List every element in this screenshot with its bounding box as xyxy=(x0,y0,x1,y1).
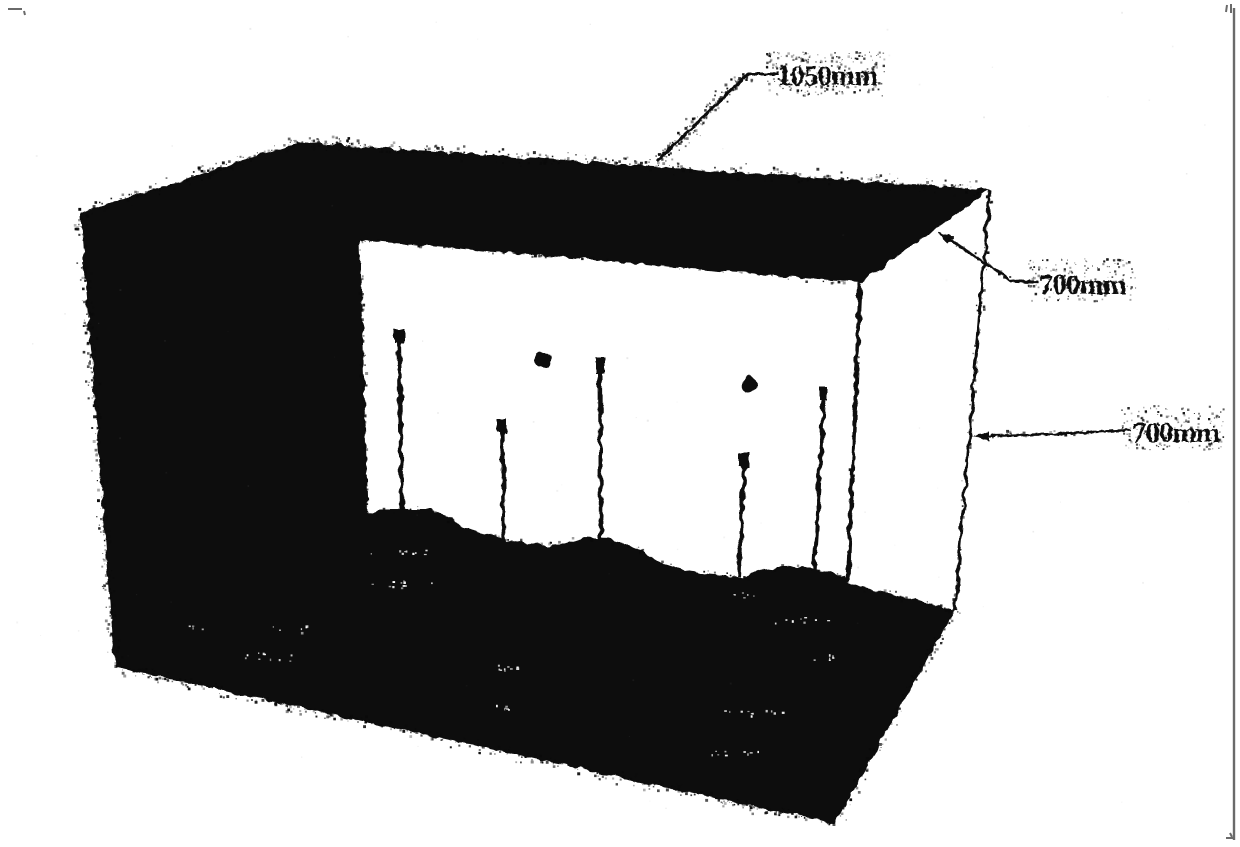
noise-speck xyxy=(848,81,849,82)
noise-speck xyxy=(202,165,204,167)
noise-speck xyxy=(1144,448,1146,450)
noise-speck xyxy=(112,632,114,634)
noise-speck xyxy=(962,516,965,519)
noise-speck xyxy=(851,58,852,59)
noise-speck xyxy=(1102,299,1104,301)
noise-speck xyxy=(944,608,946,610)
noise-speck xyxy=(951,612,953,614)
noise-speck xyxy=(1123,289,1125,291)
noise-speck xyxy=(262,153,263,154)
noise-speck xyxy=(901,711,902,712)
noise-speck xyxy=(109,606,111,608)
noise-speck xyxy=(767,55,768,56)
noise-speck xyxy=(1061,259,1062,260)
noise-speck xyxy=(755,174,757,176)
noise-speck xyxy=(954,195,956,197)
noise-speck xyxy=(508,154,510,156)
noise-speck xyxy=(714,167,716,169)
noise-speck xyxy=(1185,434,1187,436)
noise-speck xyxy=(710,111,712,113)
noise-speck xyxy=(1044,277,1045,278)
noise-speck xyxy=(680,143,682,145)
noise-speck-white xyxy=(815,619,817,621)
noise-speck xyxy=(381,148,383,150)
noise-speck xyxy=(859,322,860,323)
noise-speck xyxy=(811,570,812,571)
noise-speck-white xyxy=(510,668,513,670)
noise-speck xyxy=(327,143,328,144)
noise-speck xyxy=(730,78,732,80)
noise-speck xyxy=(365,721,368,724)
noise-speck xyxy=(1051,288,1053,290)
noise-speck xyxy=(88,312,91,315)
noise-speck xyxy=(102,501,104,503)
noise-speck xyxy=(931,657,934,660)
noise-speck xyxy=(806,815,807,816)
noise-speck xyxy=(1219,431,1221,433)
noise-speck xyxy=(809,87,810,88)
noise-speck xyxy=(121,198,122,199)
noise-speck xyxy=(831,57,834,60)
noise-speck xyxy=(848,550,849,551)
noise-speck xyxy=(313,710,315,712)
noise-speck xyxy=(1139,445,1140,446)
noise-speck xyxy=(902,694,904,696)
noise-speck xyxy=(217,686,218,687)
noise-speck xyxy=(969,253,970,254)
noise-speck xyxy=(1185,419,1186,420)
noise-speck xyxy=(869,52,870,53)
noise-speck xyxy=(627,545,630,548)
noise-speck xyxy=(714,572,716,574)
noise-speck xyxy=(92,372,93,373)
noise-speck xyxy=(857,290,859,292)
noise-speck xyxy=(872,88,875,91)
noise-speck xyxy=(836,61,838,63)
noise-speck xyxy=(741,272,743,274)
noise-speck xyxy=(407,731,408,732)
noise-speck xyxy=(1204,124,1205,125)
noise-speck xyxy=(798,181,801,184)
noise-speck xyxy=(597,159,598,160)
noise-speck xyxy=(531,759,532,760)
noise-speck xyxy=(607,259,609,261)
noise-speck xyxy=(118,663,120,665)
noise-speck xyxy=(478,752,480,754)
noise-speck xyxy=(850,538,852,540)
noise-speck xyxy=(955,185,956,186)
noise-speck xyxy=(140,194,143,197)
noise-speck xyxy=(361,309,364,312)
noise-speck xyxy=(799,173,802,176)
noise-speck xyxy=(86,215,89,218)
noise-speck xyxy=(1191,441,1192,442)
noise-speck xyxy=(1123,284,1125,286)
noise-speck xyxy=(359,375,362,378)
probe-stem-line xyxy=(600,370,601,540)
noise-speck xyxy=(862,71,864,73)
noise-speck xyxy=(220,696,222,698)
noise-speck xyxy=(900,600,903,603)
noise-speck xyxy=(948,238,950,240)
noise-speck xyxy=(288,138,291,141)
noise-speck xyxy=(111,617,113,619)
noise-speck xyxy=(434,153,437,156)
noise-speck xyxy=(797,89,800,92)
noise-speck xyxy=(92,377,94,379)
noise-speck xyxy=(815,86,817,88)
noise-speck xyxy=(155,678,158,681)
noise-speck xyxy=(365,475,367,477)
noise-speck xyxy=(144,674,145,675)
noise-speck xyxy=(364,421,367,424)
noise-speck xyxy=(853,91,855,93)
noise-speck xyxy=(203,169,205,171)
noise-speck xyxy=(814,66,816,68)
noise-speck xyxy=(1049,274,1050,275)
noise-speck xyxy=(365,448,368,451)
noise-speck xyxy=(809,70,811,72)
noise-speck xyxy=(97,439,99,441)
noise-speck xyxy=(170,601,172,603)
noise-speck xyxy=(764,181,765,182)
noise-speck xyxy=(162,678,164,680)
noise-speck xyxy=(679,134,681,136)
noise-speck xyxy=(108,540,111,543)
noise-speck xyxy=(612,778,614,780)
noise-speck xyxy=(702,122,704,124)
noise-speck xyxy=(107,571,108,572)
noise-speck xyxy=(775,814,777,816)
noise-speck xyxy=(879,52,881,54)
noise-speck xyxy=(1061,258,1062,259)
noise-speck xyxy=(818,570,820,572)
noise-speck xyxy=(1116,291,1119,294)
noise-speck xyxy=(1187,409,1189,411)
noise-speck xyxy=(873,71,874,72)
noise-speck xyxy=(936,639,937,640)
noise-speck xyxy=(842,91,843,92)
noise-speck xyxy=(547,758,548,759)
noise-speck xyxy=(359,249,360,250)
noise-speck xyxy=(835,92,837,94)
noise-speck xyxy=(703,118,705,120)
noise-speck xyxy=(363,355,365,357)
noise-speck xyxy=(964,508,966,510)
noise-speck xyxy=(786,72,787,73)
noise-speck xyxy=(795,70,796,71)
noise-speck xyxy=(1023,432,1026,435)
noise-speck xyxy=(598,776,599,777)
noise-speck xyxy=(460,159,461,160)
noise-speck xyxy=(768,83,771,86)
noise-speck xyxy=(823,68,824,69)
noise-speck xyxy=(136,194,138,196)
noise-speck xyxy=(1144,433,1145,434)
noise-speck xyxy=(833,71,835,73)
noise-speck xyxy=(157,681,159,683)
noise-speck xyxy=(1064,434,1067,437)
noise-speck xyxy=(367,512,369,514)
noise-speck xyxy=(698,268,701,271)
noise-speck xyxy=(85,300,88,303)
noise-speck xyxy=(1122,425,1124,427)
noise-speck xyxy=(1121,802,1122,803)
noise-speck xyxy=(1189,418,1190,419)
noise-speck xyxy=(1085,260,1086,261)
noise-speck xyxy=(688,132,691,135)
noise-speck xyxy=(380,724,382,726)
noise-speck xyxy=(1070,431,1072,433)
noise-speck xyxy=(82,277,84,279)
noise-speck xyxy=(856,58,858,60)
noise-speck xyxy=(862,183,865,186)
noise-speck xyxy=(482,746,485,749)
noise-speck xyxy=(847,561,849,563)
noise-speck xyxy=(805,85,807,87)
noise-speck xyxy=(879,750,880,751)
noise-speck xyxy=(122,672,125,675)
noise-speck xyxy=(884,189,885,190)
noise-speck xyxy=(1089,292,1091,294)
noise-speck xyxy=(127,199,130,202)
noise-speck xyxy=(203,688,205,690)
noise-speck xyxy=(495,535,497,537)
noise-speck xyxy=(1121,409,1123,411)
noise-speck xyxy=(869,748,871,750)
noise-speck xyxy=(637,548,638,549)
noise-speck xyxy=(364,424,366,426)
noise-speck xyxy=(957,572,959,574)
noise-speck xyxy=(215,683,217,685)
noise-speck xyxy=(294,140,297,143)
noise-speck-white xyxy=(771,710,773,712)
noise-speck xyxy=(837,75,838,76)
noise-speck xyxy=(299,710,301,712)
noise-speck xyxy=(1153,405,1155,407)
noise-speck xyxy=(211,173,214,176)
noise-speck xyxy=(776,71,778,73)
noise-speck xyxy=(477,740,478,741)
noise-speck xyxy=(441,146,443,148)
noise-speck xyxy=(362,242,364,244)
noise-speck xyxy=(1185,421,1187,423)
noise-speck xyxy=(776,814,777,815)
noise-speck xyxy=(502,162,504,164)
noise-speck xyxy=(81,223,82,224)
noise-speck xyxy=(313,147,316,150)
noise-speck xyxy=(1156,408,1157,409)
noise-speck xyxy=(857,416,858,417)
noise-speck xyxy=(921,667,922,668)
noise-speck xyxy=(948,621,949,622)
noise-speck xyxy=(840,183,841,184)
noise-speck xyxy=(840,81,842,83)
noise-speck xyxy=(975,360,977,362)
noise-speck xyxy=(82,288,85,291)
noise-speck xyxy=(1093,286,1095,288)
noise-speck xyxy=(871,56,872,57)
noise-speck xyxy=(772,64,775,67)
noise-speck-white xyxy=(747,594,748,596)
noise-speck xyxy=(1211,438,1212,439)
noise-speck xyxy=(752,813,755,816)
noise-speck xyxy=(383,508,386,511)
noise-speck xyxy=(889,173,890,174)
noise-speck xyxy=(75,228,78,231)
noise-speck xyxy=(771,274,772,275)
noise-speck xyxy=(571,160,574,163)
noise-speck xyxy=(1187,421,1189,423)
noise-speck xyxy=(940,604,943,607)
noise-speck xyxy=(845,800,846,801)
noise-speck xyxy=(937,488,938,489)
noise-speck xyxy=(103,588,105,590)
noise-speck xyxy=(974,367,977,370)
noise-speck xyxy=(111,570,112,571)
noise-speck xyxy=(152,669,154,671)
noise-speck xyxy=(98,411,99,412)
noise-speck xyxy=(874,63,876,65)
noise-speck xyxy=(122,670,123,671)
noise-speck xyxy=(779,85,781,87)
noise-speck xyxy=(326,150,327,151)
noise-speck xyxy=(94,394,95,395)
noise-speck xyxy=(188,688,191,691)
noise-speck xyxy=(361,323,363,325)
noise-speck xyxy=(1192,447,1193,448)
noise-speck xyxy=(805,52,807,54)
noise-speck xyxy=(740,167,743,170)
noise-speck xyxy=(1130,277,1132,279)
noise-speck xyxy=(681,141,683,143)
noise-speck xyxy=(113,590,115,592)
noise-speck xyxy=(700,791,703,794)
noise-speck xyxy=(1133,426,1136,429)
noise-speck xyxy=(410,509,411,510)
noise-speck xyxy=(1084,265,1086,267)
noise-speck xyxy=(841,813,844,816)
noise-speck xyxy=(781,65,783,67)
noise-speck xyxy=(505,539,507,541)
noise-speck xyxy=(1117,263,1119,265)
noise-speck xyxy=(1067,287,1069,289)
noise-speck xyxy=(164,678,166,680)
noise-speck xyxy=(953,186,955,188)
noise-speck xyxy=(974,379,977,382)
noise-speck xyxy=(629,163,631,165)
noise-speck-white xyxy=(263,653,265,655)
noise-speck xyxy=(297,141,299,143)
noise-speck xyxy=(485,744,487,746)
noise-speck xyxy=(878,82,880,84)
noise-speck xyxy=(1216,416,1218,418)
noise-speck xyxy=(737,79,740,82)
noise-speck xyxy=(95,390,97,392)
noise-speck xyxy=(539,154,541,156)
noise-speck xyxy=(774,570,776,572)
noise-speck xyxy=(1142,582,1144,584)
noise-speck xyxy=(102,489,104,491)
noise-speck xyxy=(889,590,891,592)
noise-speck xyxy=(1009,276,1011,278)
noise-speck xyxy=(804,54,805,55)
noise-speck xyxy=(686,137,689,140)
noise-speck xyxy=(673,174,674,175)
noise-speck xyxy=(859,770,861,772)
noise-speck xyxy=(1128,261,1131,264)
noise-speck xyxy=(622,771,624,773)
noise-speck xyxy=(361,278,363,280)
noise-speck xyxy=(1167,409,1168,410)
noise-speck xyxy=(364,414,367,417)
noise-speck xyxy=(860,52,862,54)
noise-speck xyxy=(976,373,977,374)
noise-speck xyxy=(825,58,826,59)
noise-speck xyxy=(934,187,935,188)
noise-speck xyxy=(724,92,725,93)
noise-speck xyxy=(720,100,722,102)
noise-speck xyxy=(364,487,366,489)
noise-speck xyxy=(365,147,366,148)
noise-speck xyxy=(663,155,665,157)
noise-speck xyxy=(864,512,865,513)
noise-speck xyxy=(840,62,841,63)
noise-speck xyxy=(1039,433,1042,436)
noise-speck xyxy=(859,286,860,287)
noise-speck xyxy=(1181,425,1182,426)
noise-speck-white xyxy=(747,753,749,756)
noise-speck xyxy=(820,81,822,83)
noise-speck xyxy=(776,93,778,95)
noise-speck xyxy=(91,379,93,381)
noise-speck xyxy=(1130,288,1132,290)
noise-speck xyxy=(776,168,778,170)
noise-speck xyxy=(835,79,836,80)
noise-speck xyxy=(510,747,511,748)
noise-speck xyxy=(507,753,508,754)
noise-speck xyxy=(1080,282,1081,283)
box-drawing xyxy=(80,142,990,824)
noise-speck xyxy=(500,538,502,540)
noise-speck xyxy=(838,811,840,813)
noise-speck xyxy=(672,167,674,169)
noise-speck xyxy=(512,250,514,252)
noise-speck xyxy=(745,163,747,165)
noise-speck xyxy=(921,188,923,190)
noise-speck xyxy=(864,54,866,56)
noise-speck-white xyxy=(729,711,730,713)
noise-speck xyxy=(350,148,352,150)
noise-speck-white xyxy=(412,553,414,555)
noise-speck xyxy=(957,579,958,580)
noise-speck xyxy=(766,53,768,55)
noise-speck xyxy=(499,751,501,753)
noise-speck xyxy=(959,563,961,565)
noise-speck xyxy=(294,705,296,707)
noise-speck xyxy=(85,245,87,247)
noise-speck xyxy=(185,679,187,681)
noise-speck xyxy=(1168,434,1170,436)
noise-speck xyxy=(974,384,975,385)
noise-speck xyxy=(1046,299,1047,300)
noise-speck xyxy=(811,80,813,82)
noise-speck xyxy=(568,161,570,163)
noise-speck xyxy=(779,79,780,80)
noise-speck-white xyxy=(803,622,805,624)
noise-speck xyxy=(339,150,340,151)
noise-speck xyxy=(665,808,666,809)
